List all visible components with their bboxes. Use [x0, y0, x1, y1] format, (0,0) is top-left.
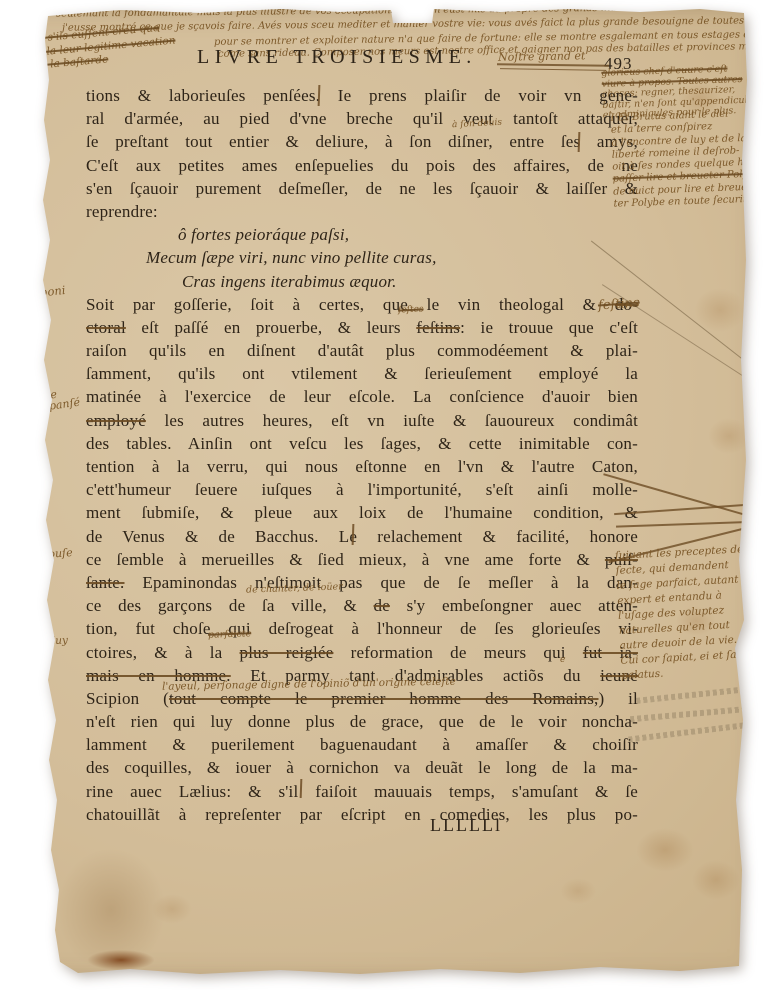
text-segment: ce ſemble à merueilles & ſied mieux, à v…	[86, 550, 605, 569]
paper-stain	[694, 288, 746, 332]
text-line: Soit par goſſerie, ſoit à certes, que le…	[86, 293, 638, 316]
text-segment: ctoires, & à la	[86, 643, 240, 662]
text-segment: s'y embeſongner auec atten-	[390, 596, 638, 615]
text-line: ſante. Epaminondas n'eſtimoit pas que de…	[86, 571, 638, 594]
text-line: ce des garçons de ſa ville, & de s'y emb…	[86, 594, 638, 617]
paper-stain	[152, 894, 192, 924]
text-segment: Scipion (	[86, 689, 169, 708]
printed-body: tions & laborieuſes penſées. Ie prens pl…	[86, 84, 638, 826]
margin-note-estoit-en-luy: eſtoit en luy	[4, 634, 68, 649]
paper-stain	[56, 848, 166, 972]
text-line: Cras ingens iterabimus æquor.	[86, 270, 638, 293]
annotation-nostre-grand: Noſtre grand et	[498, 49, 586, 64]
struck-text: plus reiglée	[240, 643, 334, 662]
text-line: ral d'armée, au pied d'vne breche qu'il …	[86, 107, 638, 130]
paper-stain	[560, 878, 596, 904]
text-segment: Soit par goſſerie, ſoit à certes, que le…	[86, 295, 615, 314]
text-line: tions & laborieuſes penſées. Ie prens pl…	[86, 84, 638, 107]
paper-stain	[692, 860, 740, 900]
crossed-out-scribble	[616, 520, 766, 527]
paper-stain	[88, 950, 154, 970]
struck-text: ctoral	[86, 318, 126, 337]
text-segment: les autres heures, eſt vn iuſte & ſauour…	[146, 411, 638, 430]
text-line: rine auec Lælius: & s'il faiſoit mauuais…	[86, 780, 638, 803]
running-title: LIVRE TROISIESME.	[197, 46, 477, 69]
margin-note-sorbonique: ſorboni que	[23, 284, 67, 312]
text-line: des coquilles, & iouer à cornichon va de…	[86, 756, 638, 779]
text-line: ctoral eſt paſſé en prouerbe, & leurs fe…	[86, 316, 638, 339]
text-line: C'eſt aux petites ames enſepuelies du po…	[86, 154, 638, 177]
text-line: ſamment, qu'ils ont vtilement & ſerieuſe…	[86, 362, 638, 385]
faint-scrawl	[628, 721, 752, 742]
text-line: de Venus & de Bacchus. Le relachement & …	[86, 525, 638, 548]
text-line: matinée à l'exercice de leur eſcole. La …	[86, 385, 638, 408]
paper-stain	[636, 828, 694, 872]
text-line: employé les autres heures, eſt vn iuſte …	[86, 409, 638, 432]
interlinear-e-correction: e	[560, 655, 565, 665]
text-segment: Epaminondas n'eſtimoit pas que de ſe meſ…	[125, 573, 639, 592]
text-line: lamment & puerilement baguenaudant à ama…	[86, 733, 638, 756]
text-segment: eſt paſſé en prouerbe, & leurs	[126, 318, 416, 337]
text-line: ctoires, & à la plus reiglée reformation…	[86, 641, 638, 664]
text-segment: reformation de meurs qui	[333, 643, 582, 662]
text-line: ô fortes peioráque paſsi,	[86, 223, 638, 246]
ink-strike-line	[497, 63, 609, 67]
margin-note-generouse: generouſe	[16, 546, 73, 563]
text-line: raiſon qu'ils en diſnent d'autât plus co…	[86, 339, 638, 362]
text-line: ſe preſtant tout entier & deliure, à ſon…	[86, 130, 638, 153]
text-line: n'eſt rien qui luy donne plus de grace, …	[86, 710, 638, 733]
interlinear-festes-struck: feſtes	[398, 304, 424, 315]
struck-text: feſtins	[416, 318, 460, 337]
struck-text: tout compte le premier homme des Romains…	[169, 689, 599, 708]
top-left-struck-annotation: I ſages, s'ils euſſent creu quec'eſtoit …	[5, 17, 220, 76]
text-line: c'ett'humeur ſeuere iuſques à l'importun…	[86, 478, 638, 501]
manuscript-page: seulemant la fondamantale mais la plus i…	[0, 0, 768, 990]
text-segment: : ie trouue que c'eſt	[460, 318, 638, 337]
text-segment: ) il	[599, 689, 638, 708]
text-segment: ce des garçons de ſa ville, &	[86, 596, 374, 615]
scanned-page-wrapper: seulemant la fondamantale mais la plus i…	[0, 0, 768, 990]
text-line: des tables. Ainſin ont veſcu les ſages, …	[86, 432, 638, 455]
paper-stain	[708, 418, 750, 454]
text-line: chatouillãt à repreſenter par eſcript en…	[86, 803, 638, 826]
text-line: ment ſubmiſe, & pleue aux loix de l'huma…	[86, 501, 638, 524]
struck-text: employé	[86, 411, 146, 430]
text-line: s'en ſçauoir purement deſmeſler, de ne l…	[86, 177, 638, 200]
ink-strike-line	[500, 68, 606, 71]
text-line: tention à la verru, qui nous eſtonne en …	[86, 455, 638, 478]
text-line: tion, fut choſe qui deſrogeat à l'honneu…	[86, 617, 638, 640]
faint-scrawl	[630, 706, 750, 722]
margin-note-brutus: I Et Brutus aiant le cielet la terre con…	[610, 107, 767, 211]
struck-text: ſante.	[86, 573, 125, 592]
margin-note-despanse: de ſpanſé	[43, 386, 81, 413]
struck-text: de	[374, 596, 390, 615]
signature-mark: LLLLLl	[430, 815, 502, 836]
margin-note-preceptes: ſuiuant les preceptes de leurſecte, qui …	[615, 541, 768, 684]
text-line: Mecum ſæpe viri, nunc vino pellite curas…	[86, 246, 638, 269]
faint-scrawl	[636, 686, 748, 704]
text-line: ce ſemble à merueilles & ſied mieux, à v…	[86, 548, 638, 571]
text-line: reprendre:	[86, 200, 638, 223]
interlinear-parfaicte-struck: parfaicte	[208, 628, 252, 641]
